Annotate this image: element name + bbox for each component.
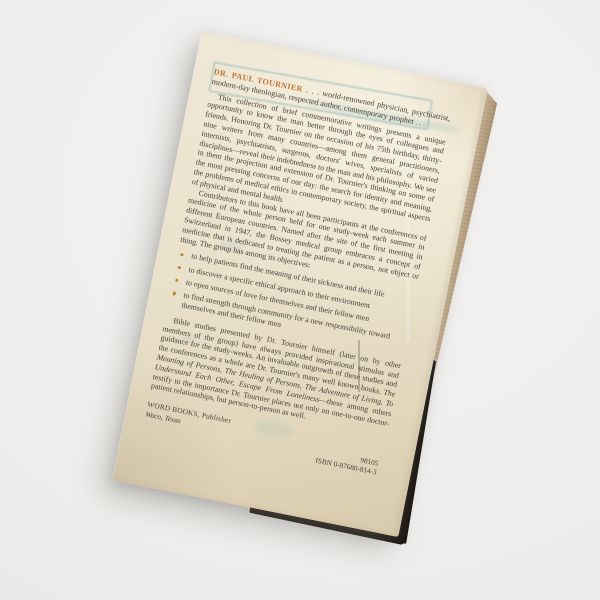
bullet-dot-icon [180,253,184,257]
bullet-dot-icon [175,279,179,283]
back-cover: DR. PAUL TOURNIER . . . world-renowned p… [112,31,488,537]
bullet-dot-icon [172,292,176,296]
bullet-dot-icon [178,266,182,270]
photo-background: DR. PAUL TOURNIER . . . world-renowned p… [0,0,600,600]
codes-block: 98105 ISBN 0-87680-814-3 [315,447,382,477]
publisher-block: WORD BOOKS, Publisher Waco, Texas [142,400,232,447]
back-cover-text: DR. PAUL TOURNIER . . . world-renowned p… [112,31,488,537]
book: DR. PAUL TOURNIER . . . world-renowned p… [112,31,488,537]
